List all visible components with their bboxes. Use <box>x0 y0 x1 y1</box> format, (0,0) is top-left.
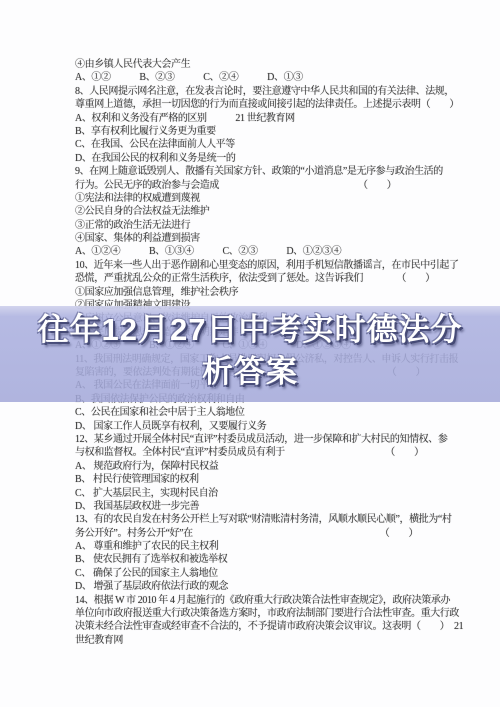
document-line: 恐慌，严重扰乱公众的正常生活秩序，依法受到了惩处。这告诉我们 （ ） <box>75 272 495 285</box>
document-line: 与权和监督权。全体村民“直评”村委员成员有利于 （ ） <box>75 446 495 459</box>
document-line: 8、人民网提示网名注意，在发表言论时，要注意遵守中华人民共和国的有关法律、法规， <box>75 85 495 98</box>
document-line: A、 规范政府行为，保障村民权益 <box>75 460 495 473</box>
document-line: C、公民在国家和社会中居于主人翁地位 <box>75 406 495 419</box>
document-line: B、享有权利比履行义务更为重要 <box>75 125 495 138</box>
document-line: C、在我国、公民在法律面前人人平等 <box>75 138 495 151</box>
document-line: D、在我国公民的权利和义务是统一的 <box>75 152 495 165</box>
document-line: ②公民自身的合法权益无法维护 <box>75 205 495 218</box>
document-line: ①宪法和法律的权威遭到蔑视 <box>75 192 495 205</box>
document-line: ①国家应加强信息管理，维护社会秩序 <box>75 286 495 299</box>
banner-title-line2: 析答案 <box>202 354 298 389</box>
document-line: D、 国家工作人员既享有权利，又要履行义务 <box>75 420 495 433</box>
document-line: D、 我国基层政权进一步完善 <box>75 500 495 513</box>
document-line: D、 增强了基层政府依法行政的观念 <box>75 580 495 593</box>
document-line: A、①②④ B、①③④ C、②③ D、①②③④ <box>75 245 495 258</box>
banner-title: 往年12月27日中考实时德法分 析答案 <box>0 309 500 393</box>
exam-scan-page: ④由乡镇人民代表大会产生A、①② B、②③ C、②④ D、①③8、人民网提示网名… <box>0 0 500 707</box>
document-line: ④国家、集体的利益遭到损害 <box>75 232 495 245</box>
document-line: 尊重网上道德，承担一切因您的行为而直接或间接引起的法律责任。上述提示表明（ ） <box>75 98 495 111</box>
document-line: ④由乡镇人民代表大会产生 <box>75 58 495 71</box>
document-line: 9、在网上随意诋毁别人、散播有关国家方针、政策的“小道消息”是无序参与政治生活的 <box>75 165 495 178</box>
document-line: A、①② B、②③ C、②④ D、①③ <box>75 71 495 84</box>
document-line: C、 确保了公民的国家主人翁地位 <box>75 567 495 580</box>
title-banner-overlay: 往年12月27日中考实时德法分 析答案 <box>0 306 500 402</box>
document-line: 13、有的农民自发在村务公开栏上写对联“财清账清村务清，风顺水顺民心顺”，横批为… <box>75 513 495 526</box>
document-line: 务公开好”。村务公开“好”在 （ ） <box>75 527 495 540</box>
document-line: 世纪教育网 <box>75 634 495 647</box>
document-line: 10、近年来一些人出于恶作剧和心里变态的原因，利用手机短信散播谣言，在市民中引起… <box>75 259 495 272</box>
document-line: ③正常的政治生活无法进行 <box>75 219 495 232</box>
document-line: C、 扩大基层民主，实现村民自治 <box>75 487 495 500</box>
document-line: A、 尊重和维护了农民的民主权利 <box>75 540 495 553</box>
document-line: 决策未经合法性审查或经审查不合法的，不予提请市政府决策会议审议。这表明（ ） 2… <box>75 620 495 633</box>
banner-title-line1: 往年12月27日中考实时德法分 <box>38 312 463 347</box>
document-line: 12、某乡通过开展全体村民“直评”村委员成员活动，进一步保障和扩大村民的知情权、… <box>75 433 495 446</box>
document-line: 14、根据 W 市 2010 年 4 月起施行的《政府重大行政决策合法性审查规定… <box>75 594 495 607</box>
document-line: 单位向市政府报送重大行政决策备选方案时，市政府法制部门要进行合法性审查。重大行政 <box>75 607 495 620</box>
document-line: 行为。公民无序的政治参与会造成 （ ） <box>75 179 495 192</box>
document-line: A、权利和义务没有严格的区别 21 世纪教育网 <box>75 112 495 125</box>
document-line: B、 村民行使管理国家的权利 <box>75 473 495 486</box>
document-line: B、 使农民拥有了选举权和被选举权 <box>75 553 495 566</box>
